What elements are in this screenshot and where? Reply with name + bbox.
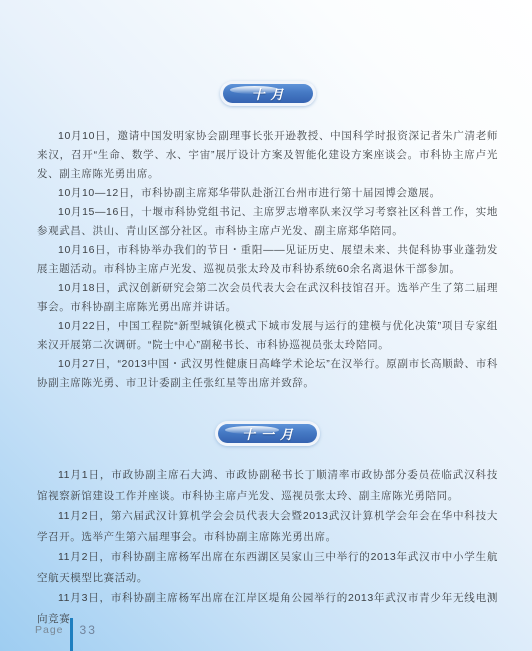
- footer-page-label: Page: [35, 624, 64, 636]
- entry-paragraph: 10月27日，“2013中国・武汉男性健康日高峰学术论坛”在汉举行。原副市长高顺…: [37, 355, 498, 393]
- page-footer: Page 33: [35, 618, 97, 651]
- entry-paragraph: 11月2日，市科协副主席杨军出席在东西湖区吴家山三中举行的2013年武汉市中小学…: [37, 547, 498, 588]
- section-november: 十一月: [37, 421, 498, 446]
- yearbook-page: 十月 10月10日，邀请中国发明家协会副理事长张开逊教授、中国科学时报资深记者朱…: [0, 0, 532, 651]
- footer-divider-bar: [70, 618, 73, 651]
- entry-paragraph: 10月22日，中国工程院“新型城镇化模式下城市发展与运行的建模与优化决策”项目专…: [37, 317, 498, 355]
- month-title-november: 十一月: [236, 424, 299, 443]
- page-content: 十月 10月10日，邀请中国发明家协会副理事长张开逊教授、中国科学时报资深记者朱…: [37, 0, 498, 629]
- entry-paragraph: 11月3日，市科协副主席杨军出席在江岸区堤角公园举行的2013年武汉市青少年无线…: [37, 588, 498, 629]
- entry-paragraph: 10月16日，市科协举办我们的节日・重阳——见证历史、展望未来、共促科协事业蓬勃…: [37, 241, 498, 279]
- october-entries: 10月10日，邀请中国发明家协会副理事长张开逊教授、中国科学时报资深记者朱广清老…: [37, 127, 498, 393]
- entry-paragraph: 11月2日，第六届武汉计算机学会会员代表大会暨2013武汉计算机学会年会在华中科…: [37, 506, 498, 547]
- month-pill-november: 十一月: [215, 421, 320, 446]
- month-title-october: 十月: [245, 84, 289, 103]
- november-entries: 11月1日，市政协副主席石大鸿、市政协副秘书长丁顺清率市政协部分委员莅临武汉科技…: [37, 465, 498, 629]
- entry-paragraph: 10月10—12日，市科协副主席郑华带队赴浙江台州市进行第十届园博会邀展。: [37, 184, 498, 203]
- footer-page-number: 33: [80, 623, 97, 637]
- entry-paragraph: 10月10日，邀请中国发明家协会副理事长张开逊教授、中国科学时报资深记者朱广清老…: [37, 127, 498, 184]
- section-october: 十月: [37, 81, 498, 106]
- month-pill-october: 十月: [220, 81, 316, 106]
- entry-paragraph: 10月15—16日，十堰市科协党组书记、主席罗志增率队来汉学习考察社区科普工作，…: [37, 203, 498, 241]
- entry-paragraph: 10月18日，武汉创新研究会第二次会员代表大会在武汉科技馆召开。选举产生了第二届…: [37, 279, 498, 317]
- entry-paragraph: 11月1日，市政协副主席石大鸿、市政协副秘书长丁顺清率市政协部分委员莅临武汉科技…: [37, 465, 498, 506]
